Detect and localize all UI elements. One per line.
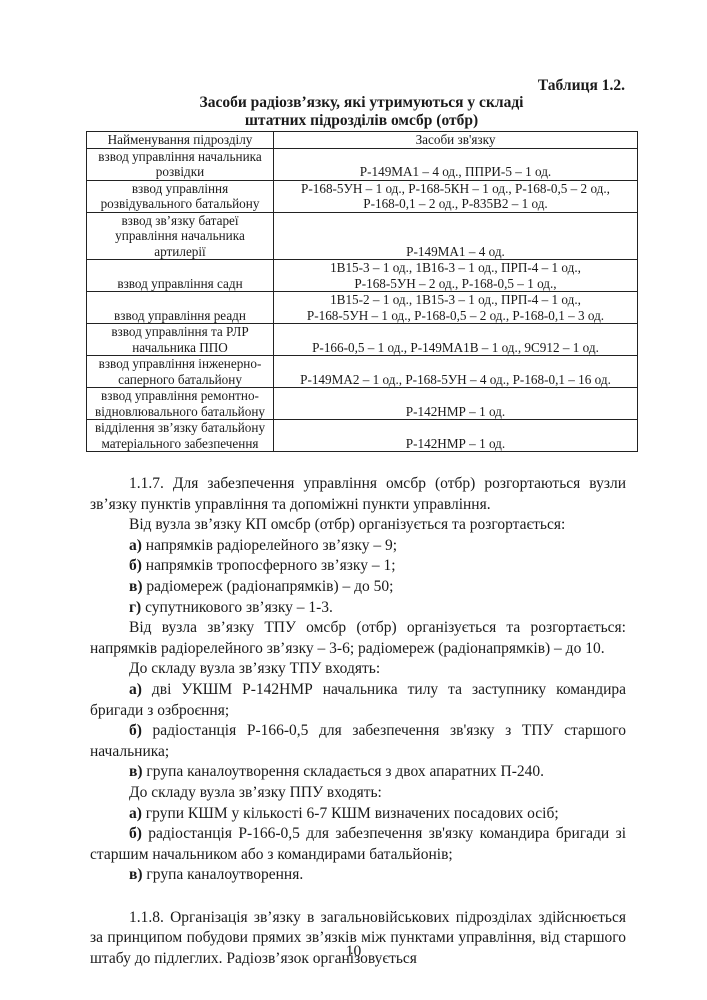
means-cell: Р-166-0,5 – 1 од., Р-149МА1В – 1 од., 9С… bbox=[274, 324, 638, 356]
table-title: Засоби радіозв’язку, які утримуються у с… bbox=[86, 94, 637, 130]
unit-cell-line: взвод зв’язку батареї bbox=[90, 213, 270, 229]
list-item: г) супутникового зв’язку – 1-3. bbox=[90, 598, 626, 619]
list-marker: б) bbox=[129, 722, 142, 739]
means-cell-line: 1В15-3 – 1 од., 1В16-3 – 1 од., ПРП-4 – … bbox=[277, 260, 634, 276]
table-title-line-2: штатних підрозділів омсбр (отбр) bbox=[86, 112, 637, 130]
list-item: в) радіомереж (радіонапрямків) – до 50; bbox=[90, 577, 626, 598]
unit-cell-line: саперного батальйону bbox=[90, 372, 270, 388]
unit-cell-line: взвод управління садн bbox=[90, 276, 270, 292]
list-marker: а) bbox=[129, 537, 142, 554]
means-cell-line: Р-149МА1 – 4 од., ППРИ-5 – 1 од. bbox=[277, 164, 634, 180]
means-cell-line bbox=[277, 324, 634, 340]
unit-cell-line: взвод управління начальника bbox=[90, 149, 270, 165]
list-marker: в) bbox=[129, 578, 143, 595]
means-cell: Р-168-5УН – 1 од., Р-168-5КН – 1 од., Р-… bbox=[274, 180, 638, 212]
table-row: взвод управління реадн1В15-2 – 1 од., 1В… bbox=[87, 292, 638, 324]
list-marker: б) bbox=[129, 557, 142, 574]
unit-cell: взвод управління інженерно-саперного бат… bbox=[87, 356, 274, 388]
table-row: взвод управління ремонтно-відновлювально… bbox=[87, 388, 638, 420]
table-row: взвод управління та РЛРначальника ППО Р-… bbox=[87, 324, 638, 356]
list-marker: а) bbox=[129, 805, 142, 822]
unit-cell-line: відділення зв’язку батальйону bbox=[90, 420, 270, 436]
means-cell-line: Р-168-0,1 – 2 од., Р-835В2 – 1 од. bbox=[277, 196, 634, 212]
list-text: група каналоутворення. bbox=[143, 866, 304, 883]
list-text: напрямків радіорелейного зв’язку – 9; bbox=[142, 537, 397, 554]
list-item: в) група каналоутворення. bbox=[90, 865, 626, 886]
header-means: Засоби зв'язку bbox=[274, 132, 638, 149]
paragraph-kp-intro: Від вузла зв’язку КП омсбр (отбр) органі… bbox=[90, 515, 626, 536]
paragraph-1-1-7: 1.1.7. Для забезпечення управління омсбр… bbox=[90, 474, 626, 515]
list-item: б) радіостанція Р-166-0,5 для забезпечен… bbox=[90, 721, 626, 762]
means-cell: Р-142НМР – 1 од. bbox=[274, 420, 638, 452]
table-row: взвод управління начальникарозвідки Р-14… bbox=[87, 148, 638, 180]
list-marker: б) bbox=[129, 825, 142, 842]
paragraph-tpu-directions: Від вузла зв’язку ТПУ омсбр (отбр) орган… bbox=[90, 618, 626, 659]
table-row: взвод зв’язку батареїуправління начальни… bbox=[87, 212, 638, 260]
unit-cell-line: артилерії bbox=[90, 244, 270, 260]
unit-cell-line: взвод управління інженерно- bbox=[90, 356, 270, 372]
unit-cell: відділення зв’язку батальйонуматеріально… bbox=[87, 420, 274, 452]
means-cell-line: Р-168-5УН – 1 од., Р-168-0,5 – 2 од., Р-… bbox=[277, 308, 634, 324]
list-item: б) напрямків тропосферного зв’язку – 1; bbox=[90, 556, 626, 577]
body-text: 1.1.7. Для забезпечення управління омсбр… bbox=[90, 474, 626, 970]
unit-cell-line: матеріального забезпечення bbox=[90, 436, 270, 452]
communications-table: Найменування підрозділу Засоби зв'язку в… bbox=[86, 131, 638, 452]
unit-cell: взвод управління ремонтно-відновлювально… bbox=[87, 388, 274, 420]
means-cell-line bbox=[277, 388, 634, 404]
table-row: відділення зв’язку батальйонуматеріально… bbox=[87, 420, 638, 452]
means-cell-line: Р-149МА1 – 4 од. bbox=[277, 244, 634, 260]
table-title-line-1: Засоби радіозв’язку, які утримуються у с… bbox=[86, 94, 637, 112]
unit-cell-line: взвод управління реадн bbox=[90, 308, 270, 324]
means-cell-line: 1В15-2 – 1 од., 1В15-3 – 1 од., ПРП-4 – … bbox=[277, 292, 634, 308]
means-cell-line: Р-149МА2 – 1 од., Р-168-5УН – 4 од., Р-1… bbox=[277, 372, 634, 388]
unit-cell-line: розвідувального батальйону bbox=[90, 196, 270, 212]
tpu-list: а) дві УКШМ Р-142НМР начальника тилу та … bbox=[90, 680, 626, 783]
list-text: радіостанція Р-166-0,5 для забезпечення … bbox=[90, 825, 626, 863]
unit-cell: взвод управліннярозвідувального батальйо… bbox=[87, 180, 274, 212]
list-text: дві УКШМ Р-142НМР начальника тилу та зас… bbox=[90, 681, 626, 719]
list-text: групи КШМ у кількості 6-7 КШМ визначених… bbox=[142, 805, 559, 822]
list-text: радіостанція Р-166-0,5 для забезпечення … bbox=[90, 722, 626, 760]
means-cell-line bbox=[277, 149, 634, 165]
list-item: б) радіостанція Р-166-0,5 для забезпечен… bbox=[90, 824, 626, 865]
unit-cell-line: взвод управління bbox=[90, 181, 270, 197]
table-row: взвод управліннярозвідувального батальйо… bbox=[87, 180, 638, 212]
list-text: група каналоутворення складається з двох… bbox=[143, 763, 544, 780]
list-text: напрямків тропосферного зв’язку – 1; bbox=[142, 557, 396, 574]
table-row: взвод управління інженерно-саперного бат… bbox=[87, 356, 638, 388]
list-marker: в) bbox=[129, 866, 143, 883]
list-marker: в) bbox=[129, 763, 143, 780]
means-cell: Р-149МА1 – 4 од. bbox=[274, 212, 638, 260]
means-cell-line bbox=[277, 420, 634, 436]
unit-cell-line: начальника ППО bbox=[90, 340, 270, 356]
unit-cell: взвод управління реадн bbox=[87, 292, 274, 324]
means-cell-line: Р-142НМР – 1 од. bbox=[277, 404, 634, 420]
means-cell: Р-142НМР – 1 од. bbox=[274, 388, 638, 420]
document-page: Таблиця 1.2. Засоби радіозв’язку, які ут… bbox=[0, 0, 707, 1000]
unit-cell: взвод управління садн bbox=[87, 260, 274, 292]
means-cell-line: Р-166-0,5 – 1 од., Р-149МА1В – 1 од., 9С… bbox=[277, 340, 634, 356]
list-item: а) дві УКШМ Р-142НМР начальника тилу та … bbox=[90, 680, 626, 721]
list-item: в) група каналоутворення складається з д… bbox=[90, 762, 626, 783]
unit-cell-line bbox=[90, 292, 270, 308]
paragraph-ppu-intro: До складу вузла зв’язку ППУ входять: bbox=[90, 783, 626, 804]
kp-list: а) напрямків радіорелейного зв’язку – 9;… bbox=[90, 536, 626, 618]
paragraph-tpu-intro: До складу вузла зв’язку ТПУ входять: bbox=[90, 659, 626, 680]
means-cell: 1В15-2 – 1 од., 1В15-3 – 1 од., ПРП-4 – … bbox=[274, 292, 638, 324]
page-number: 10 bbox=[0, 943, 707, 961]
means-cell: 1В15-3 – 1 од., 1В16-3 – 1 од., ПРП-4 – … bbox=[274, 260, 638, 292]
unit-cell-line: розвідки bbox=[90, 164, 270, 180]
table-label: Таблиця 1.2. bbox=[538, 77, 625, 95]
list-marker: а) bbox=[129, 681, 142, 698]
ppu-list: а) групи КШМ у кількості 6-7 КШМ визначе… bbox=[90, 804, 626, 886]
means-cell: Р-149МА2 – 1 од., Р-168-5УН – 4 од., Р-1… bbox=[274, 356, 638, 388]
means-cell-line: Р-168-5УН – 2 од., Р-168-0,5 – 1 од., bbox=[277, 276, 634, 292]
list-text: супутникового зв’язку – 1-3. bbox=[141, 599, 333, 616]
unit-cell-line: управління начальника bbox=[90, 228, 270, 244]
means-cell: Р-149МА1 – 4 од., ППРИ-5 – 1 од. bbox=[274, 148, 638, 180]
list-item: а) групи КШМ у кількості 6-7 КШМ визначе… bbox=[90, 804, 626, 825]
unit-cell-line: взвод управління та РЛР bbox=[90, 324, 270, 340]
unit-cell: взвод управління начальникарозвідки bbox=[87, 148, 274, 180]
table-row: взвод управління садн1В15-3 – 1 од., 1В1… bbox=[87, 260, 638, 292]
means-cell-line: Р-142НМР – 1 од. bbox=[277, 436, 634, 452]
table-header-row: Найменування підрозділу Засоби зв'язку bbox=[87, 132, 638, 149]
means-cell-line bbox=[277, 356, 634, 372]
paragraph-gap bbox=[90, 886, 626, 908]
unit-cell-line: взвод управління ремонтно- bbox=[90, 388, 270, 404]
list-marker: г) bbox=[129, 599, 141, 616]
means-cell-line: Р-168-5УН – 1 од., Р-168-5КН – 1 од., Р-… bbox=[277, 181, 634, 197]
unit-cell: взвод зв’язку батареїуправління начальни… bbox=[87, 212, 274, 260]
list-item: а) напрямків радіорелейного зв’язку – 9; bbox=[90, 536, 626, 557]
unit-cell-line bbox=[90, 260, 270, 276]
unit-cell-line: відновлювального батальйону bbox=[90, 404, 270, 420]
list-text: радіомереж (радіонапрямків) – до 50; bbox=[143, 578, 394, 595]
unit-cell: взвод управління та РЛРначальника ППО bbox=[87, 324, 274, 356]
header-unit: Найменування підрозділу bbox=[87, 132, 274, 149]
